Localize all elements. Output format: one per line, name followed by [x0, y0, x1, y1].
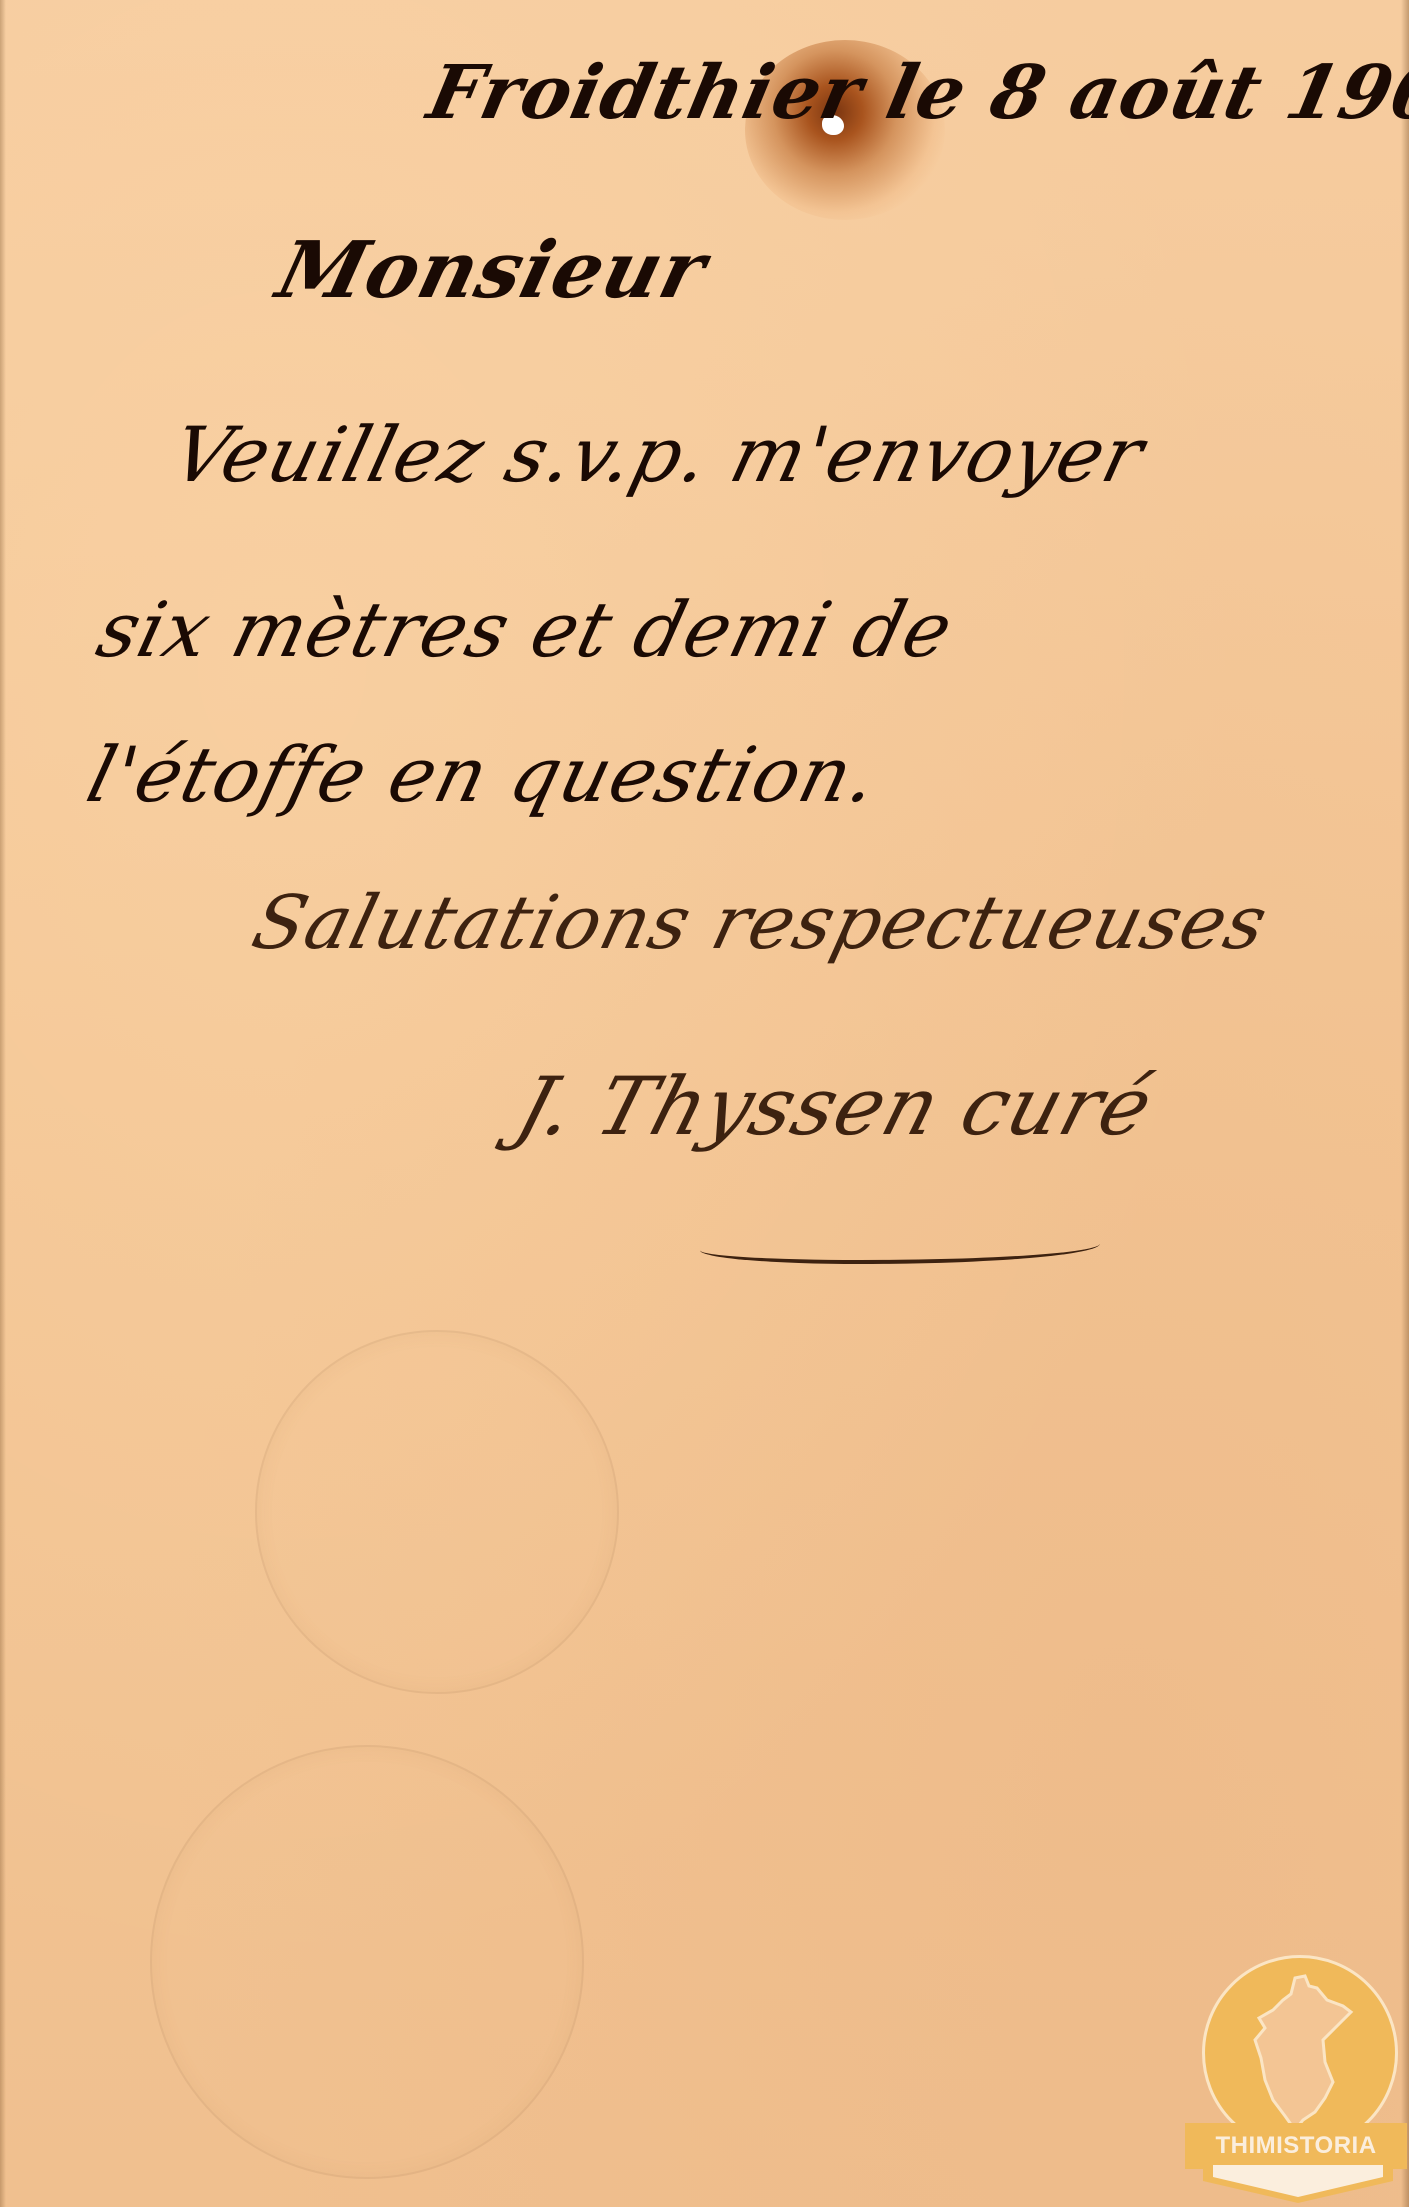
- body-line: Veuillez s.v.p. m'envoyer: [164, 410, 1153, 499]
- signature: J. Thyssen curé: [507, 1060, 1164, 1153]
- logo-text: THIMISTORIA: [1215, 2132, 1376, 2160]
- embossed-circle: [150, 1745, 584, 2179]
- signature-flourish: [700, 1230, 1100, 1264]
- salutation: Monsieur: [269, 225, 716, 316]
- map-outline-icon: [1225, 1970, 1375, 2140]
- postcard: Froidthier le 8 août 1908 Monsieur Veuil…: [0, 0, 1409, 2207]
- date-line: Froidthier le 8 août 1908: [421, 50, 1409, 136]
- paper-edge-right: [1401, 0, 1409, 2207]
- embossed-circle: [255, 1330, 619, 1694]
- open-book-icon: [1203, 2163, 1393, 2203]
- body-line: l'étoffe en question.: [79, 730, 887, 819]
- body-line: six mètres et demi de: [89, 585, 962, 674]
- closing: Salutations respectueuses: [244, 880, 1276, 966]
- paper-edge-left: [0, 0, 6, 2207]
- thimistoria-watermark: THIMISTORIA: [1185, 1935, 1405, 2195]
